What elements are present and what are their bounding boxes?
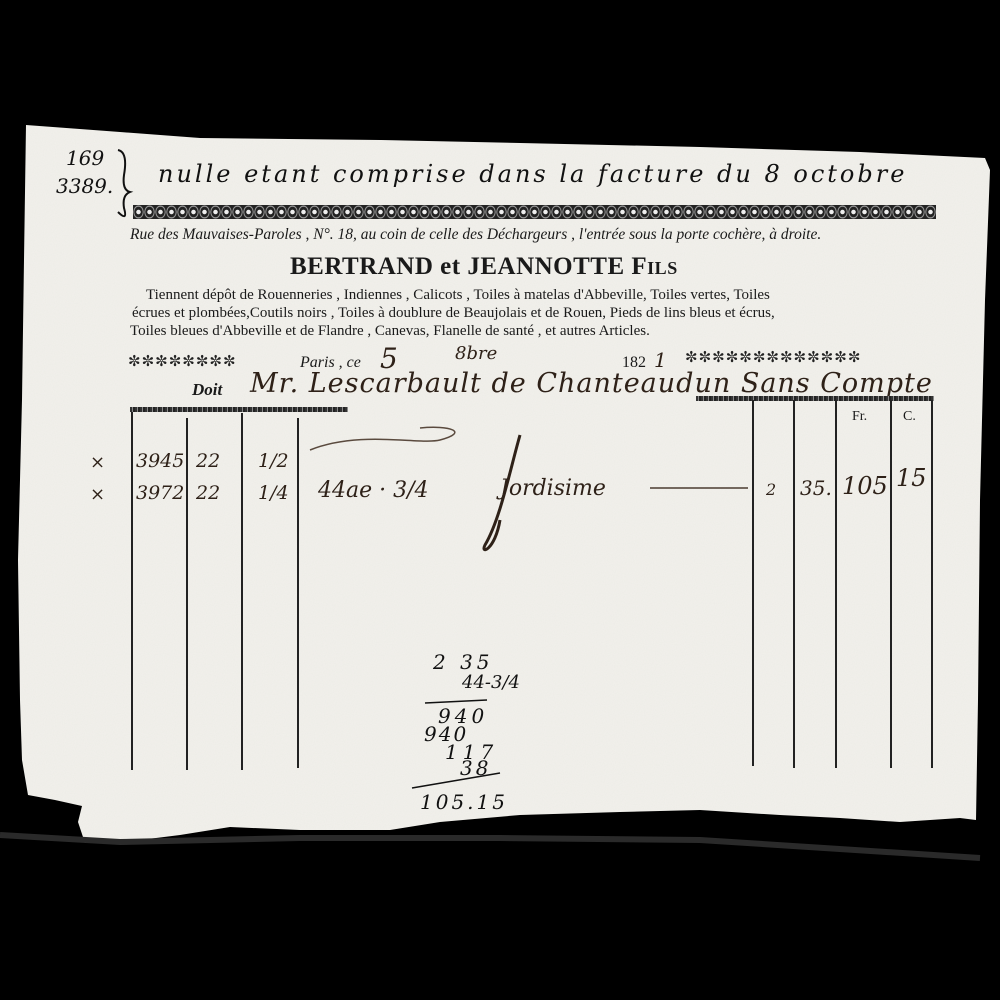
invoice-document: 169 3389. nulle etant comprise dans la f… [0,0,1000,1000]
row-qty: 22 [196,482,220,504]
table-band-left [130,407,348,412]
description-line-3: Toiles bleues d'Abbeville et de Flandre … [130,323,650,340]
amount-francs: 105 [842,472,888,500]
rule [890,400,892,768]
rule [752,400,754,766]
description-line-2: écrues et plombées,Coutils noirs , Toile… [132,305,775,322]
calc-line: 2 35 [433,650,494,674]
star-ornament-right: ✼✼✼✼✼✼✼✼✼✼✼✼✼ [685,348,861,367]
company-name: BERTRAND et JEANNOTTE Fils [290,253,678,281]
calc-line: 44-3/4 [462,672,520,693]
row-ref: 3945 [136,450,184,472]
row-frac: 1/2 [258,450,289,472]
row-qty: 22 [196,450,220,472]
company-name-main: BERTRAND et JEANNOTTE [290,253,625,280]
rule [297,418,299,768]
rule [835,400,837,768]
margin-number-2: 3389. [56,174,113,198]
rule [186,418,188,770]
amount-centimes: 15 [896,464,927,492]
item-quantity: 44ae · 3/4 [318,478,429,503]
company-suffix: Fils [631,253,677,280]
rule [793,400,795,768]
ornamental-band [133,205,936,219]
star-ornament-left: ✼✼✼✼✼✼✼✼ [128,352,237,371]
margin-number-1: 169 [66,146,104,170]
row-ref: 3972 [136,482,184,504]
calc-total: 105.15 [420,790,508,814]
check-mark: × [90,452,105,473]
calc-line: 38 [460,756,491,780]
date-month: 8bre [455,343,497,364]
address-line: Rue des Mauvaises-Paroles , N°. 18, au c… [130,226,821,244]
header-centimes: C. [903,409,916,425]
debtor-name: Mr. Lescarbault de Chanteaudun Sans Comp… [250,368,933,399]
item-unit: 2 [766,480,776,499]
table-band-right [696,396,934,401]
header-francs: Fr. [852,409,867,425]
rule [131,412,133,770]
description-line-1: Tiennent dépôt de Rouenneries , Indienne… [146,287,770,304]
debtor-label: Doit [192,380,222,400]
margin-note-text: nulle etant comprise dans la facture du … [158,160,907,188]
row-frac: 1/4 [258,482,289,504]
check-mark: × [90,484,105,505]
item-price: 35. [800,476,832,500]
rule [241,413,243,770]
item-description: Jordisime [500,476,606,501]
rule [931,400,933,768]
